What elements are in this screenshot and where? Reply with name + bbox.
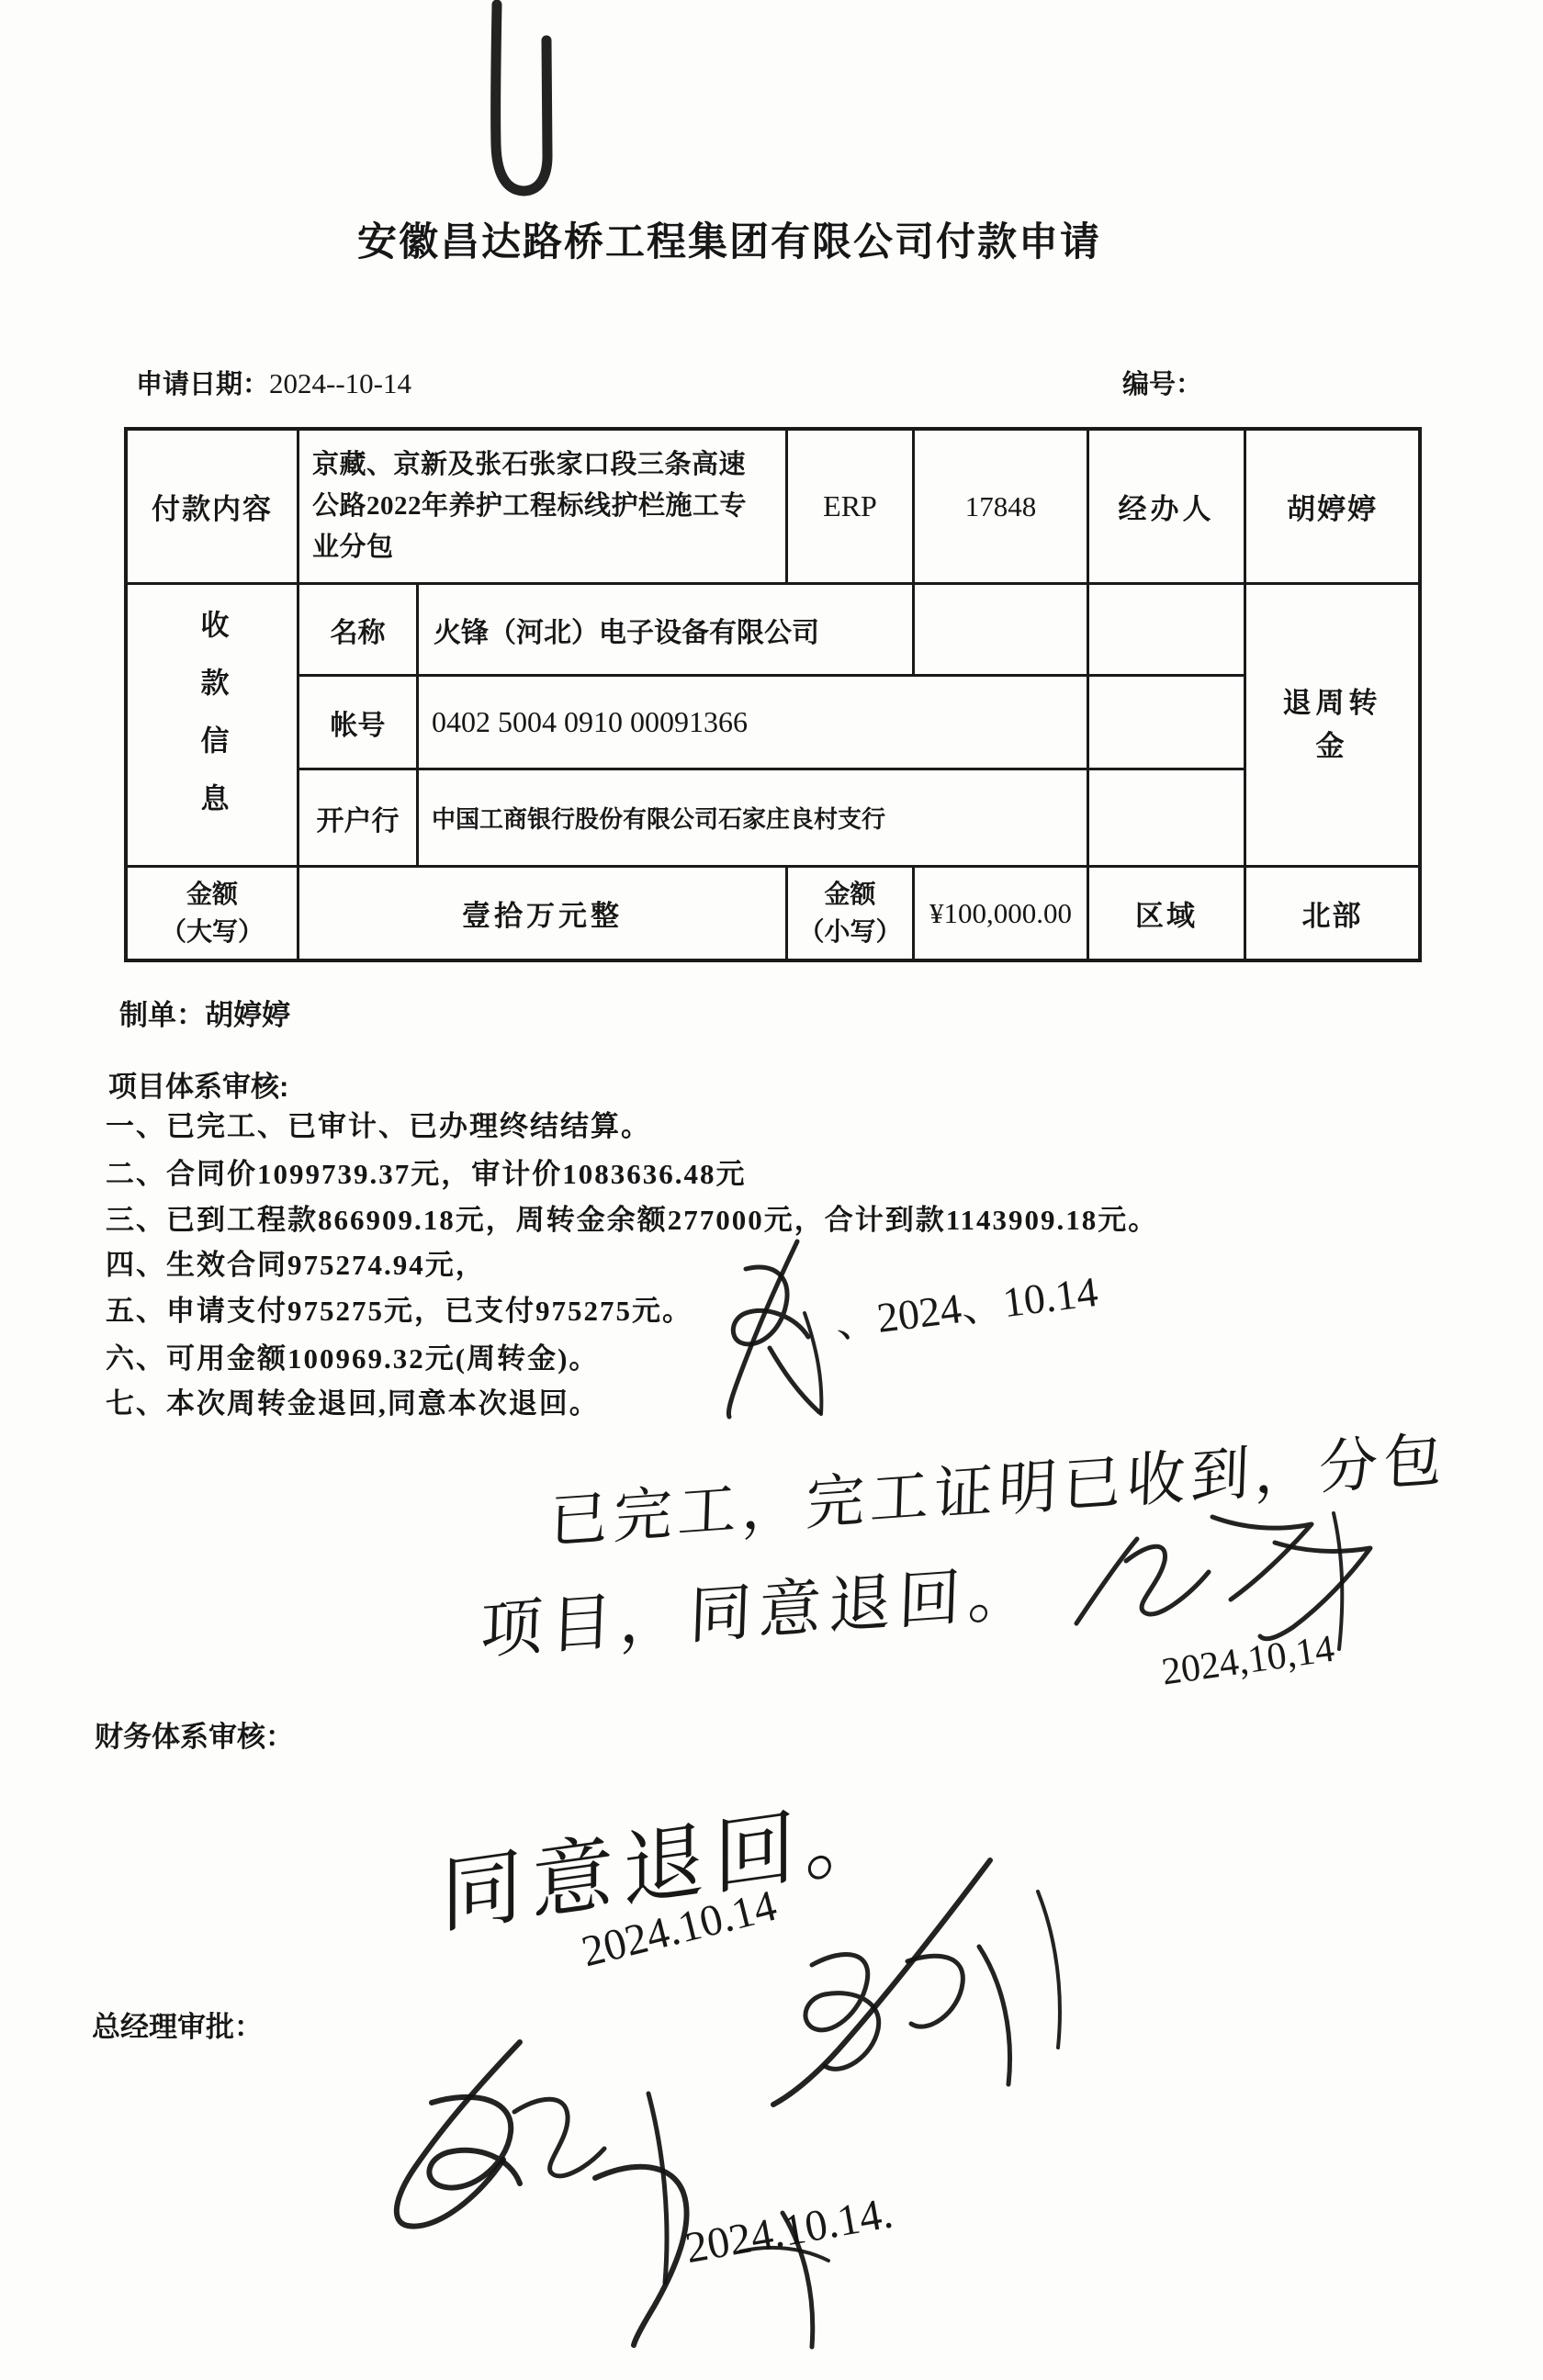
bank-name-cell: 中国工商银行股份有限公司石家庄良村支行	[419, 770, 1089, 868]
handwriting-reviewer-date: 、2024、10.14	[831, 1258, 1100, 1351]
empty-cell	[1089, 770, 1246, 868]
agent-name-cell: 胡婷婷	[1246, 431, 1418, 585]
preparer-label: 制单：	[119, 999, 205, 1031]
erp-label-cell: ERP	[788, 431, 915, 585]
region-label-cell: 区域	[1089, 868, 1246, 959]
payee-name-label-cell: 名称	[299, 585, 419, 677]
empty-cell	[1089, 677, 1246, 770]
handwriting-project-note-line1: 已完工，完工证明已收到，分包	[548, 1412, 1449, 1560]
apply-date-value: 2024--10-14	[269, 367, 411, 399]
apply-date-label: 申请日期：	[136, 370, 269, 399]
payment-content-cell: 京藏、京新及张石张家口段三条高速公路2022年养护工程标线护栏施工专业分包	[299, 431, 788, 585]
project-review-item: 四、生效合同975274.94元，	[106, 1241, 486, 1283]
account-label-cell: 帐号	[299, 677, 419, 770]
document-title: 安徽昌达路桥工程集团有限公司付款申请	[357, 211, 1101, 267]
preparer-name: 胡婷婷	[205, 999, 290, 1031]
amount-words-cell: 壹拾万元整	[299, 868, 788, 959]
handwriting-gm-date: 2024.10.14.	[681, 2187, 896, 2273]
project-review-item: 六、可用金额100969.32元(周转金)。	[106, 1335, 599, 1376]
project-review-heading: 项目体系审核:	[108, 1063, 288, 1105]
handwriting-project-note-date: 2024,10,14	[1159, 1627, 1337, 1695]
amount-figures-label-cell: 金额 （小写）	[788, 868, 915, 959]
signature-finance-reviewer	[773, 1860, 1060, 2105]
return-note-cell: 退周转金	[1246, 585, 1418, 868]
doc-number-label: 编号：	[1122, 364, 1202, 401]
gm-approval-heading: 总经理审批：	[92, 2004, 263, 2045]
empty-cell	[1089, 585, 1246, 677]
project-review-item: 五、申请支付975275元，已支付975275元。	[106, 1287, 693, 1329]
amount-words-label-cell: 金额 （大写）	[128, 868, 299, 959]
erp-number-cell: 17848	[915, 431, 1089, 585]
project-review-item: 二、合同价1099739.37元，审计价1083636.48元	[106, 1151, 747, 1192]
project-review-item: 一、已完工、已审计、已办理终结结算。	[106, 1103, 651, 1144]
project-review-item: 三、已到工程款866909.18元，周转金余额277000元，合计到款11439…	[106, 1196, 1158, 1238]
empty-cell	[915, 585, 1089, 677]
amount-figures-cell: ¥100,000.00	[915, 868, 1089, 959]
payment-content-label-cell: 付款内容	[128, 431, 299, 585]
signature-project-reviewer	[728, 1241, 821, 1417]
agent-label-cell: 经办人	[1089, 431, 1246, 585]
payee-info-label-text: 收款信息	[192, 610, 233, 841]
account-number-cell: 0402 5004 0910 00091366	[419, 677, 1089, 770]
payment-table: 付款内容 京藏、京新及张石张家口段三条高速公路2022年养护工程标线护栏施工专业…	[124, 427, 1422, 962]
payee-info-label-cell: 收款信息	[128, 585, 299, 868]
handwriting-project-note-line2: 项目，同意退回。	[479, 1543, 1040, 1671]
signature-general-manager	[397, 2042, 828, 2347]
region-value-cell: 北部	[1246, 868, 1418, 959]
scanned-payment-request-sheet: 安徽昌达路桥工程集团有限公司付款申请 申请日期：2024--10-14 编号： …	[0, 0, 1543, 2380]
finance-review-heading: 财务体系审核：	[95, 1713, 294, 1755]
paperclip	[496, 5, 547, 191]
bank-label-cell: 开户行	[299, 770, 419, 868]
project-review-item: 七、本次周转金退回,同意本次退回。	[106, 1380, 600, 1421]
payee-name-cell: 火锋（河北）电子设备有限公司	[419, 585, 915, 677]
